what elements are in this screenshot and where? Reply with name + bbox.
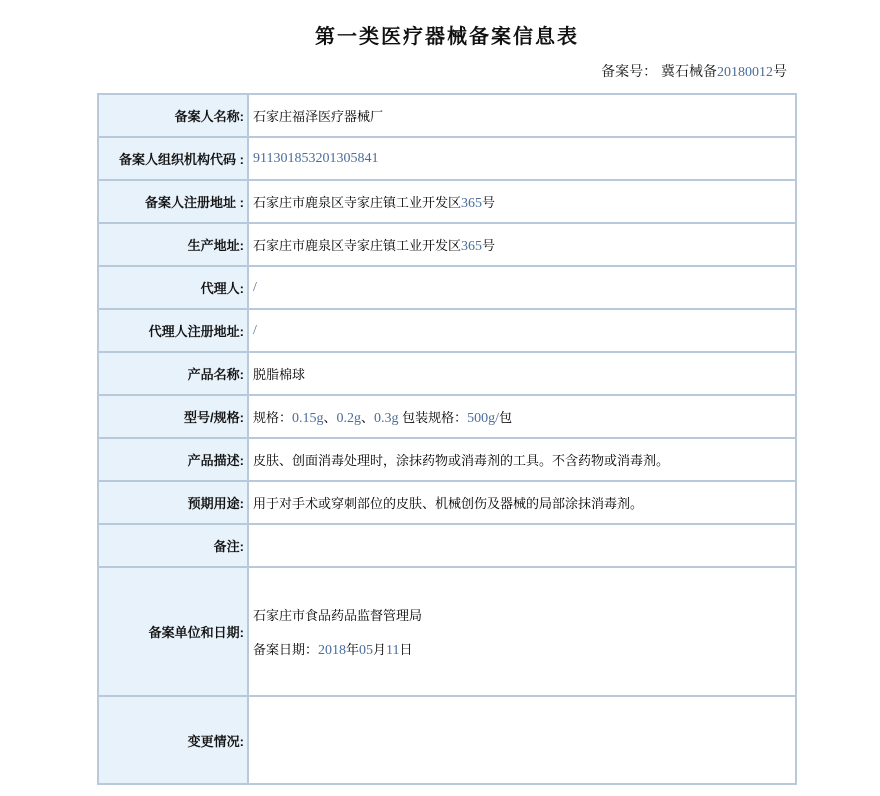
table-row-agent-registered-address: 代理人注册地址:/ (98, 309, 796, 352)
text-segment: 911301853201305841 (253, 151, 378, 166)
field-label-product-name: 产品名称: (98, 352, 248, 395)
field-value-product-name: 脱脂棉球 (248, 352, 796, 395)
field-label-model-spec: 型号/规格: (98, 395, 248, 438)
field-label-filer-org-code: 备案人组织机构代码 : (98, 137, 248, 180)
field-value-remarks (248, 524, 796, 567)
text-segment: 365 (461, 196, 482, 211)
field-value-product-description: 皮肤、创面消毒处理时，涂抹药物或消毒剂的工具。不含药物或消毒剂。 (248, 438, 796, 481)
text-segment: 石家庄福泽医疗器械厂 (253, 109, 383, 124)
table-row-change-status: 变更情况: (98, 696, 796, 784)
text-segment: 脱脂棉球 (253, 367, 305, 382)
field-label-agent-registered-address: 代理人注册地址: (98, 309, 248, 352)
filing-table-body: 备案人名称:石家庄福泽医疗器械厂备案人组织机构代码 :9113018532013… (98, 94, 796, 784)
text-segment: 0.15g (292, 411, 324, 426)
page-title: 第一类医疗器械备案信息表 (97, 20, 797, 49)
text-segment: 0.3g (374, 411, 399, 426)
text-segment: 规格： (253, 410, 292, 425)
field-value-filer-org-code: 911301853201305841 (248, 137, 796, 180)
table-row-agent: 代理人:/ (98, 266, 796, 309)
text-segment: 号 (482, 238, 495, 253)
field-label-remarks: 备注: (98, 524, 248, 567)
registration-number-label: 备案号： (601, 63, 657, 79)
text-segment: 11 (386, 643, 399, 658)
text-segment: 备案日期： (253, 642, 318, 657)
field-value-agent-registered-address: / (248, 309, 796, 352)
text-segment: 石家庄市鹿泉区寺家庄镇工业开发区 (253, 195, 461, 210)
text-segment: 500g/ (467, 411, 499, 426)
text-segment: 石家庄市鹿泉区寺家庄镇工业开发区 (253, 238, 461, 253)
field-value-model-spec: 规格：0.15g、0.2g、0.3g 包装规格：500g/包 (248, 395, 796, 438)
field-value-production-address: 石家庄市鹿泉区寺家庄镇工业开发区365号 (248, 223, 796, 266)
registration-number-value: 冀石械备20180012号 (657, 63, 787, 79)
field-value-line: 备案日期：2018年05月11日 (253, 639, 789, 659)
table-row-filing-unit-and-date: 备案单位和日期:石家庄市食品药品监督管理局备案日期：2018年05月11日 (98, 567, 796, 696)
table-row-model-spec: 型号/规格:规格：0.15g、0.2g、0.3g 包装规格：500g/包 (98, 395, 796, 438)
text-segment: 日 (400, 642, 413, 657)
table-row-intended-use: 预期用途:用于对手术或穿刺部位的皮肤、机械创伤及器械的局部涂抹消毒剂。 (98, 481, 796, 524)
text-segment: 用于对手术或穿刺部位的皮肤、机械创伤及器械的局部涂抹消毒剂。 (253, 496, 643, 511)
text-segment: 、 (361, 410, 374, 425)
table-row-product-name: 产品名称:脱脂棉球 (98, 352, 796, 395)
filing-info-sheet: 第一类医疗器械备案信息表 备案号： 冀石械备20180012号 备案人名称:石家… (0, 0, 880, 796)
text-segment: 包装规格： (399, 410, 468, 425)
field-value-line: 石家庄市食品药品监督管理局 (253, 605, 789, 624)
text-segment: 年 (346, 642, 359, 657)
field-label-filer-name: 备案人名称: (98, 94, 248, 137)
text-segment: 05 (359, 643, 373, 658)
field-value-filing-unit-and-date: 石家庄市食品药品监督管理局备案日期：2018年05月11日 (248, 567, 796, 696)
field-value-filer-registered-address: 石家庄市鹿泉区寺家庄镇工业开发区365号 (248, 180, 796, 223)
table-row-filer-org-code: 备案人组织机构代码 :911301853201305841 (98, 137, 796, 180)
table-row-remarks: 备注: (98, 524, 796, 567)
field-value-filer-name: 石家庄福泽医疗器械厂 (248, 94, 796, 137)
text-segment: 冀石械备 (657, 63, 717, 79)
field-value-change-status (248, 696, 796, 784)
text-segment: 号 (773, 63, 787, 79)
text-segment: 0.2g (337, 411, 362, 426)
text-segment: 20180012 (717, 65, 773, 80)
field-label-agent: 代理人: (98, 266, 248, 309)
registration-number-line: 备案号： 冀石械备20180012号 (97, 61, 787, 81)
field-label-filing-unit-and-date: 备案单位和日期: (98, 567, 248, 696)
table-row-filer-name: 备案人名称:石家庄福泽医疗器械厂 (98, 94, 796, 137)
field-label-filer-registered-address: 备案人注册地址 : (98, 180, 248, 223)
text-segment: 2018 (318, 643, 346, 658)
field-value-intended-use: 用于对手术或穿刺部位的皮肤、机械创伤及器械的局部涂抹消毒剂。 (248, 481, 796, 524)
table-row-product-description: 产品描述:皮肤、创面消毒处理时，涂抹药物或消毒剂的工具。不含药物或消毒剂。 (98, 438, 796, 481)
field-label-intended-use: 预期用途: (98, 481, 248, 524)
field-label-change-status: 变更情况: (98, 696, 248, 784)
text-segment: 365 (461, 239, 482, 254)
text-segment: / (253, 323, 257, 338)
field-label-production-address: 生产地址: (98, 223, 248, 266)
text-segment: 包 (499, 410, 512, 425)
text-segment: 号 (482, 195, 495, 210)
table-row-production-address: 生产地址:石家庄市鹿泉区寺家庄镇工业开发区365号 (98, 223, 796, 266)
text-segment: 石家庄市食品药品监督管理局 (253, 608, 422, 623)
field-label-product-description: 产品描述: (98, 438, 248, 481)
text-segment: 皮肤、创面消毒处理时，涂抹药物或消毒剂的工具。不含药物或消毒剂。 (253, 453, 669, 468)
filing-info-table: 备案人名称:石家庄福泽医疗器械厂备案人组织机构代码 :9113018532013… (97, 93, 797, 785)
text-segment: 月 (373, 642, 386, 657)
table-row-filer-registered-address: 备案人注册地址 :石家庄市鹿泉区寺家庄镇工业开发区365号 (98, 180, 796, 223)
text-segment: / (253, 280, 257, 295)
field-value-agent: / (248, 266, 796, 309)
text-segment: 、 (324, 410, 337, 425)
